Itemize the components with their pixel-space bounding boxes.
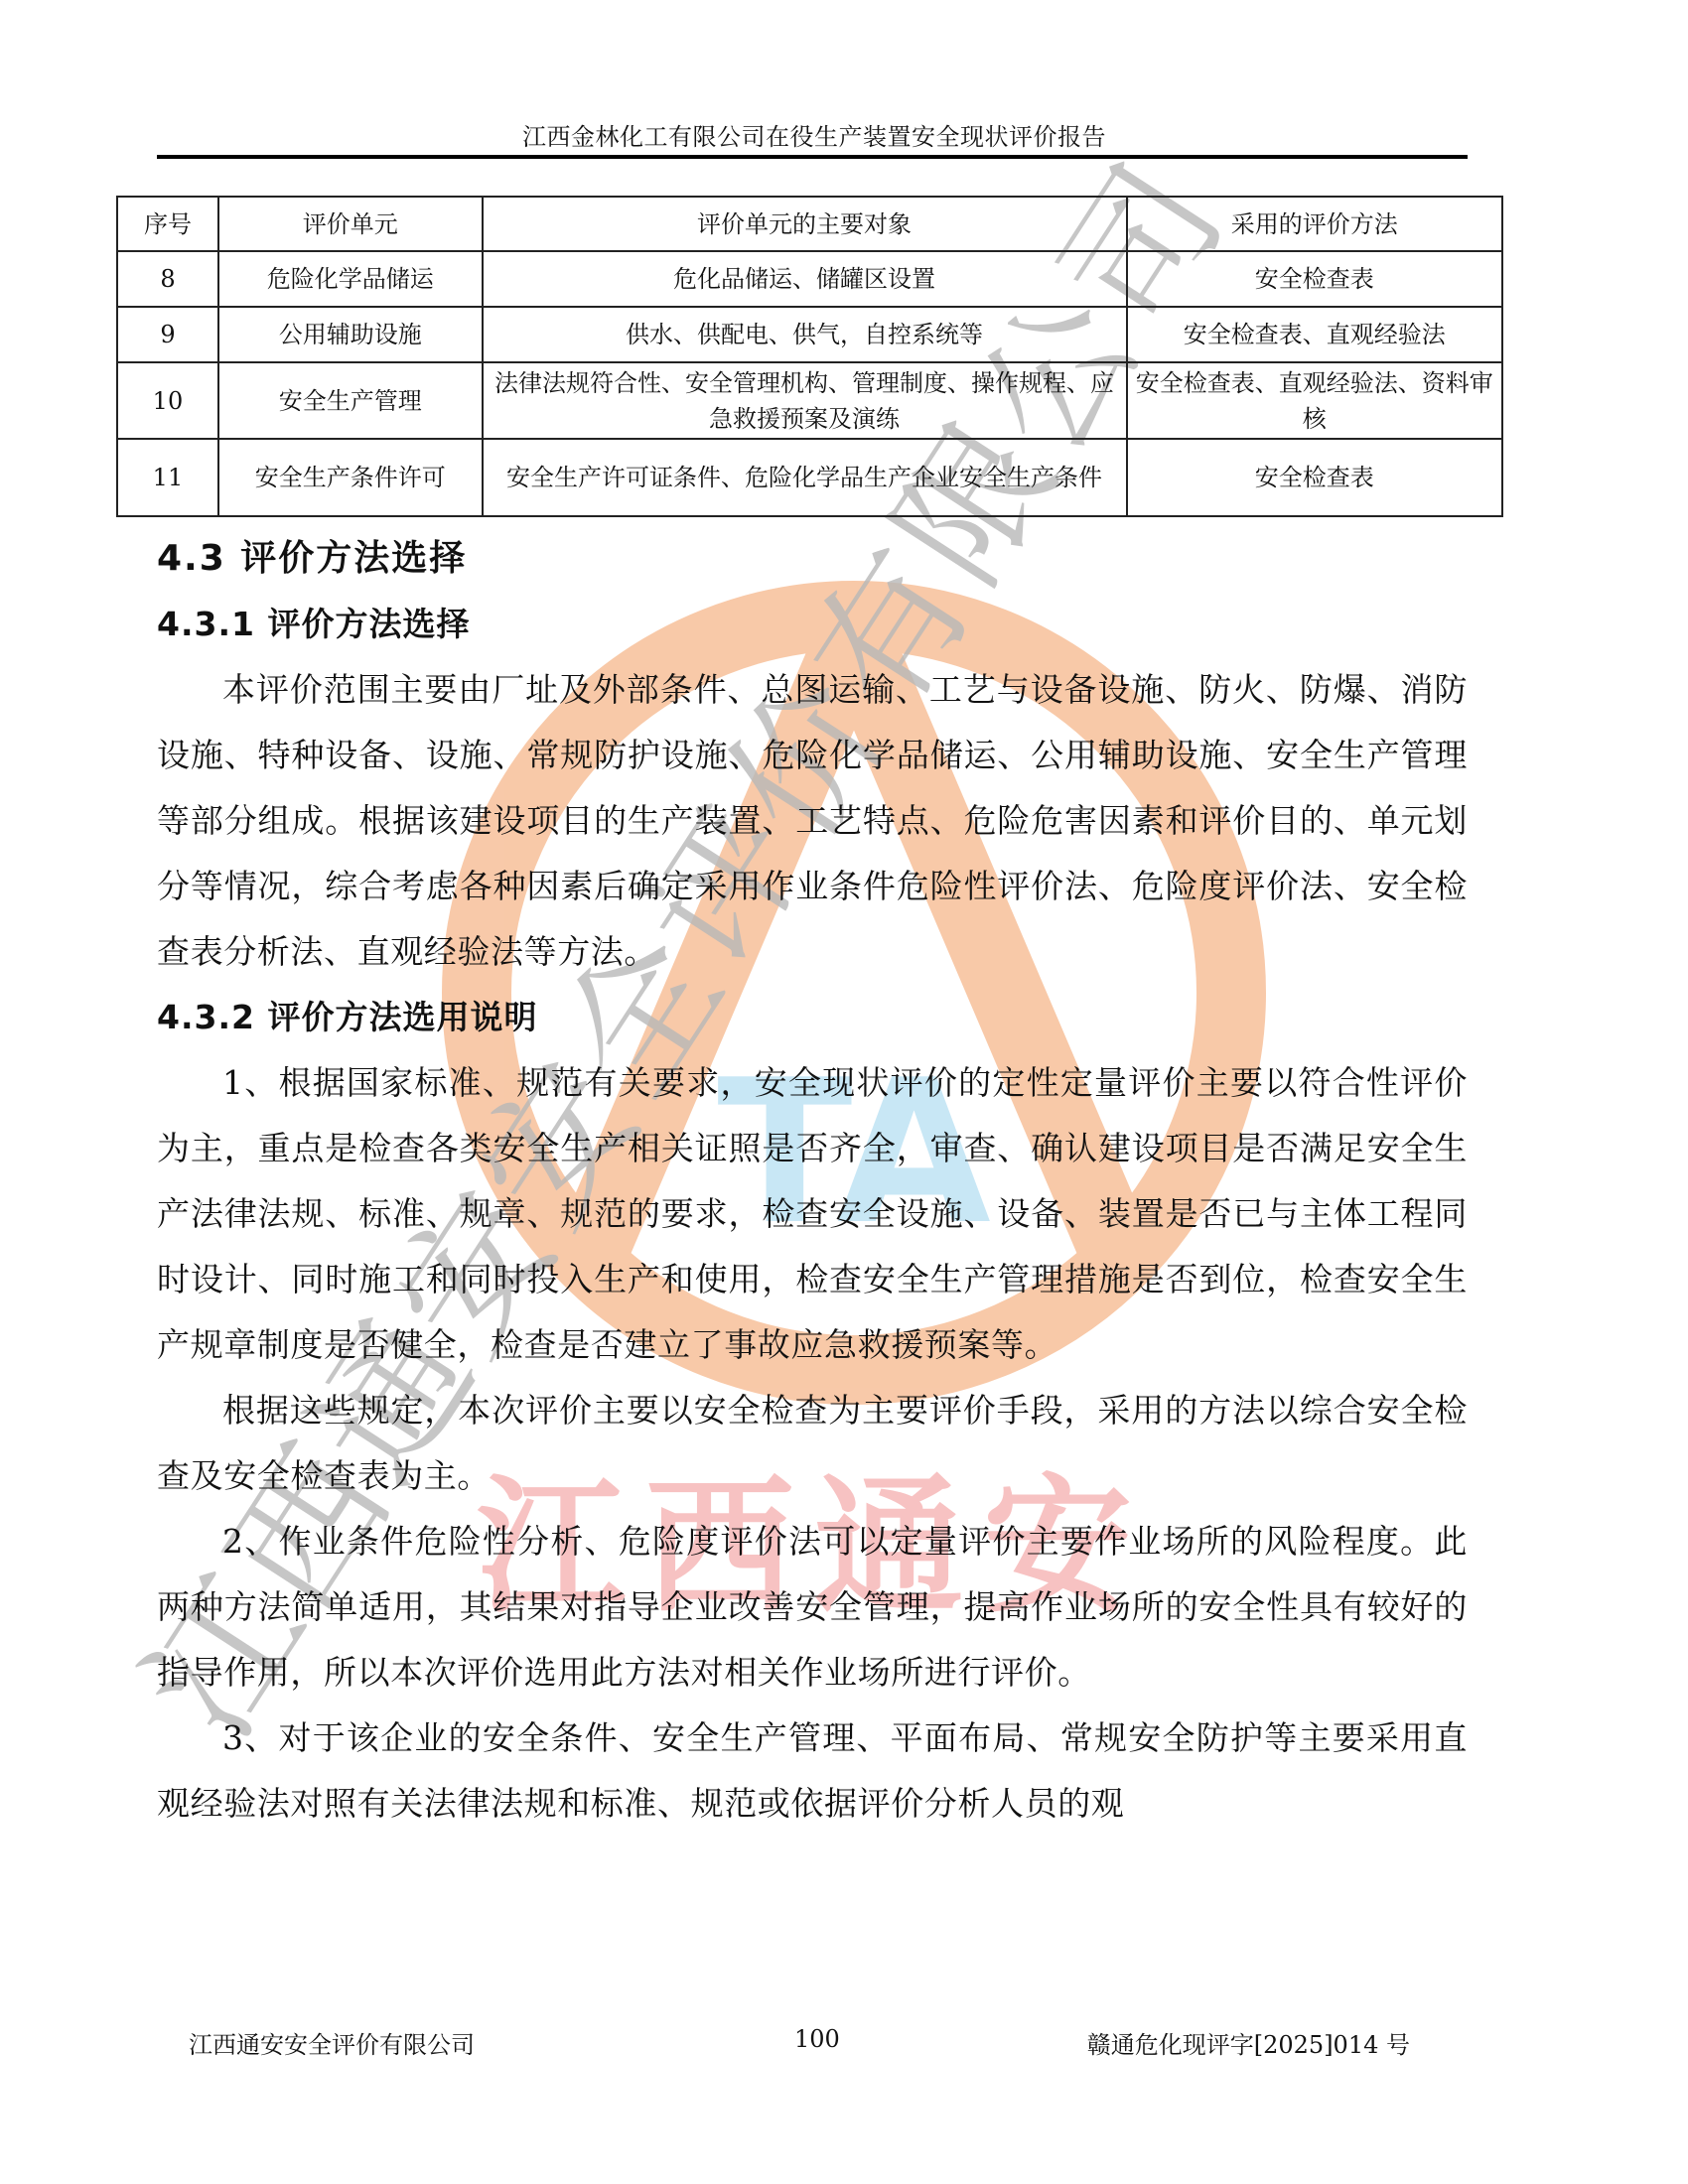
cell-no: 9 bbox=[117, 307, 218, 362]
column-header-unit: 评价单元 bbox=[218, 197, 483, 251]
cell-unit: 安全生产条件许可 bbox=[218, 439, 483, 516]
cell-no: 8 bbox=[117, 251, 218, 307]
paragraph: 3、对于该企业的安全条件、安全生产管理、平面布局、常规安全防护等主要采用直观经验… bbox=[157, 1706, 1468, 1837]
cell-method: 安全检查表 bbox=[1127, 251, 1502, 307]
cell-method: 安全检查表 bbox=[1127, 439, 1502, 516]
paragraph: 2、作业条件危险性分析、危险度评价法可以定量评价主要作业场所的风险程度。此两种方… bbox=[157, 1509, 1468, 1706]
cell-objects: 安全生产许可证条件、危险化学品生产企业安全生产条件 bbox=[483, 439, 1127, 516]
table-row: 8 危险化学品储运 危化品储运、储罐区设置 安全检查表 bbox=[117, 251, 1502, 307]
paragraph: 1、根据国家标准、规范有关要求，安全现状评价的定性定量评价主要以符合性评价为主，… bbox=[157, 1050, 1468, 1378]
section-heading: 4.3 评价方法选择 bbox=[157, 526, 1468, 592]
table-header-row: 序号 评价单元 评价单元的主要对象 采用的评价方法 bbox=[117, 197, 1502, 251]
paragraph: 根据这些规定，本次评价主要以安全检查为主要评价手段，采用的方法以综合安全检查及安… bbox=[157, 1378, 1468, 1509]
footer-company: 江西通安安全评价有限公司 bbox=[189, 2025, 475, 2060]
table-row: 9 公用辅助设施 供水、供配电、供气，自控系统等 安全检查表、直观经验法 bbox=[117, 307, 1502, 362]
page-number: 100 bbox=[794, 2025, 840, 2053]
cell-unit: 公用辅助设施 bbox=[218, 307, 483, 362]
cell-unit: 安全生产管理 bbox=[218, 362, 483, 439]
column-header-method: 采用的评价方法 bbox=[1127, 197, 1502, 251]
cell-no: 11 bbox=[117, 439, 218, 516]
cell-no: 10 bbox=[117, 362, 218, 439]
evaluation-units-table: 序号 评价单元 评价单元的主要对象 采用的评价方法 8 危险化学品储运 危化品储… bbox=[116, 196, 1503, 517]
cell-unit: 危险化学品储运 bbox=[218, 251, 483, 307]
section-content: 4.3 评价方法选择 4.3.1 评价方法选择 本评价范围主要由厂址及外部条件、… bbox=[157, 526, 1468, 1837]
cell-objects: 危化品储运、储罐区设置 bbox=[483, 251, 1127, 307]
page-footer: 江西通安安全评价有限公司 100 赣通危化现评字[2025]014 号 bbox=[179, 2025, 1450, 2065]
table-row: 10 安全生产管理 法律法规符合性、安全管理机构、管理制度、操作规程、应急救援预… bbox=[117, 362, 1502, 439]
subsection-heading-4-3-2: 4.3.2 评价方法选用说明 bbox=[157, 985, 1468, 1050]
footer-doc-number: 赣通危化现评字[2025]014 号 bbox=[1087, 2025, 1410, 2060]
page-header-title: 江西金林化工有限公司在役生产装置安全现状评价报告 bbox=[159, 117, 1470, 152]
cell-objects: 法律法规符合性、安全管理机构、管理制度、操作规程、应急救援预案及演练 bbox=[483, 362, 1127, 439]
paragraph: 本评价范围主要由厂址及外部条件、总图运输、工艺与设备设施、防火、防爆、消防设施、… bbox=[157, 657, 1468, 985]
subsection-heading-4-3-1: 4.3.1 评价方法选择 bbox=[157, 592, 1468, 657]
cell-objects: 供水、供配电、供气，自控系统等 bbox=[483, 307, 1127, 362]
cell-method: 安全检查表、直观经验法、资料审核 bbox=[1127, 362, 1502, 439]
header-divider bbox=[157, 155, 1468, 159]
column-header-objects: 评价单元的主要对象 bbox=[483, 197, 1127, 251]
cell-method: 安全检查表、直观经验法 bbox=[1127, 307, 1502, 362]
table-row: 11 安全生产条件许可 安全生产许可证条件、危险化学品生产企业安全生产条件 安全… bbox=[117, 439, 1502, 516]
column-header-no: 序号 bbox=[117, 197, 218, 251]
